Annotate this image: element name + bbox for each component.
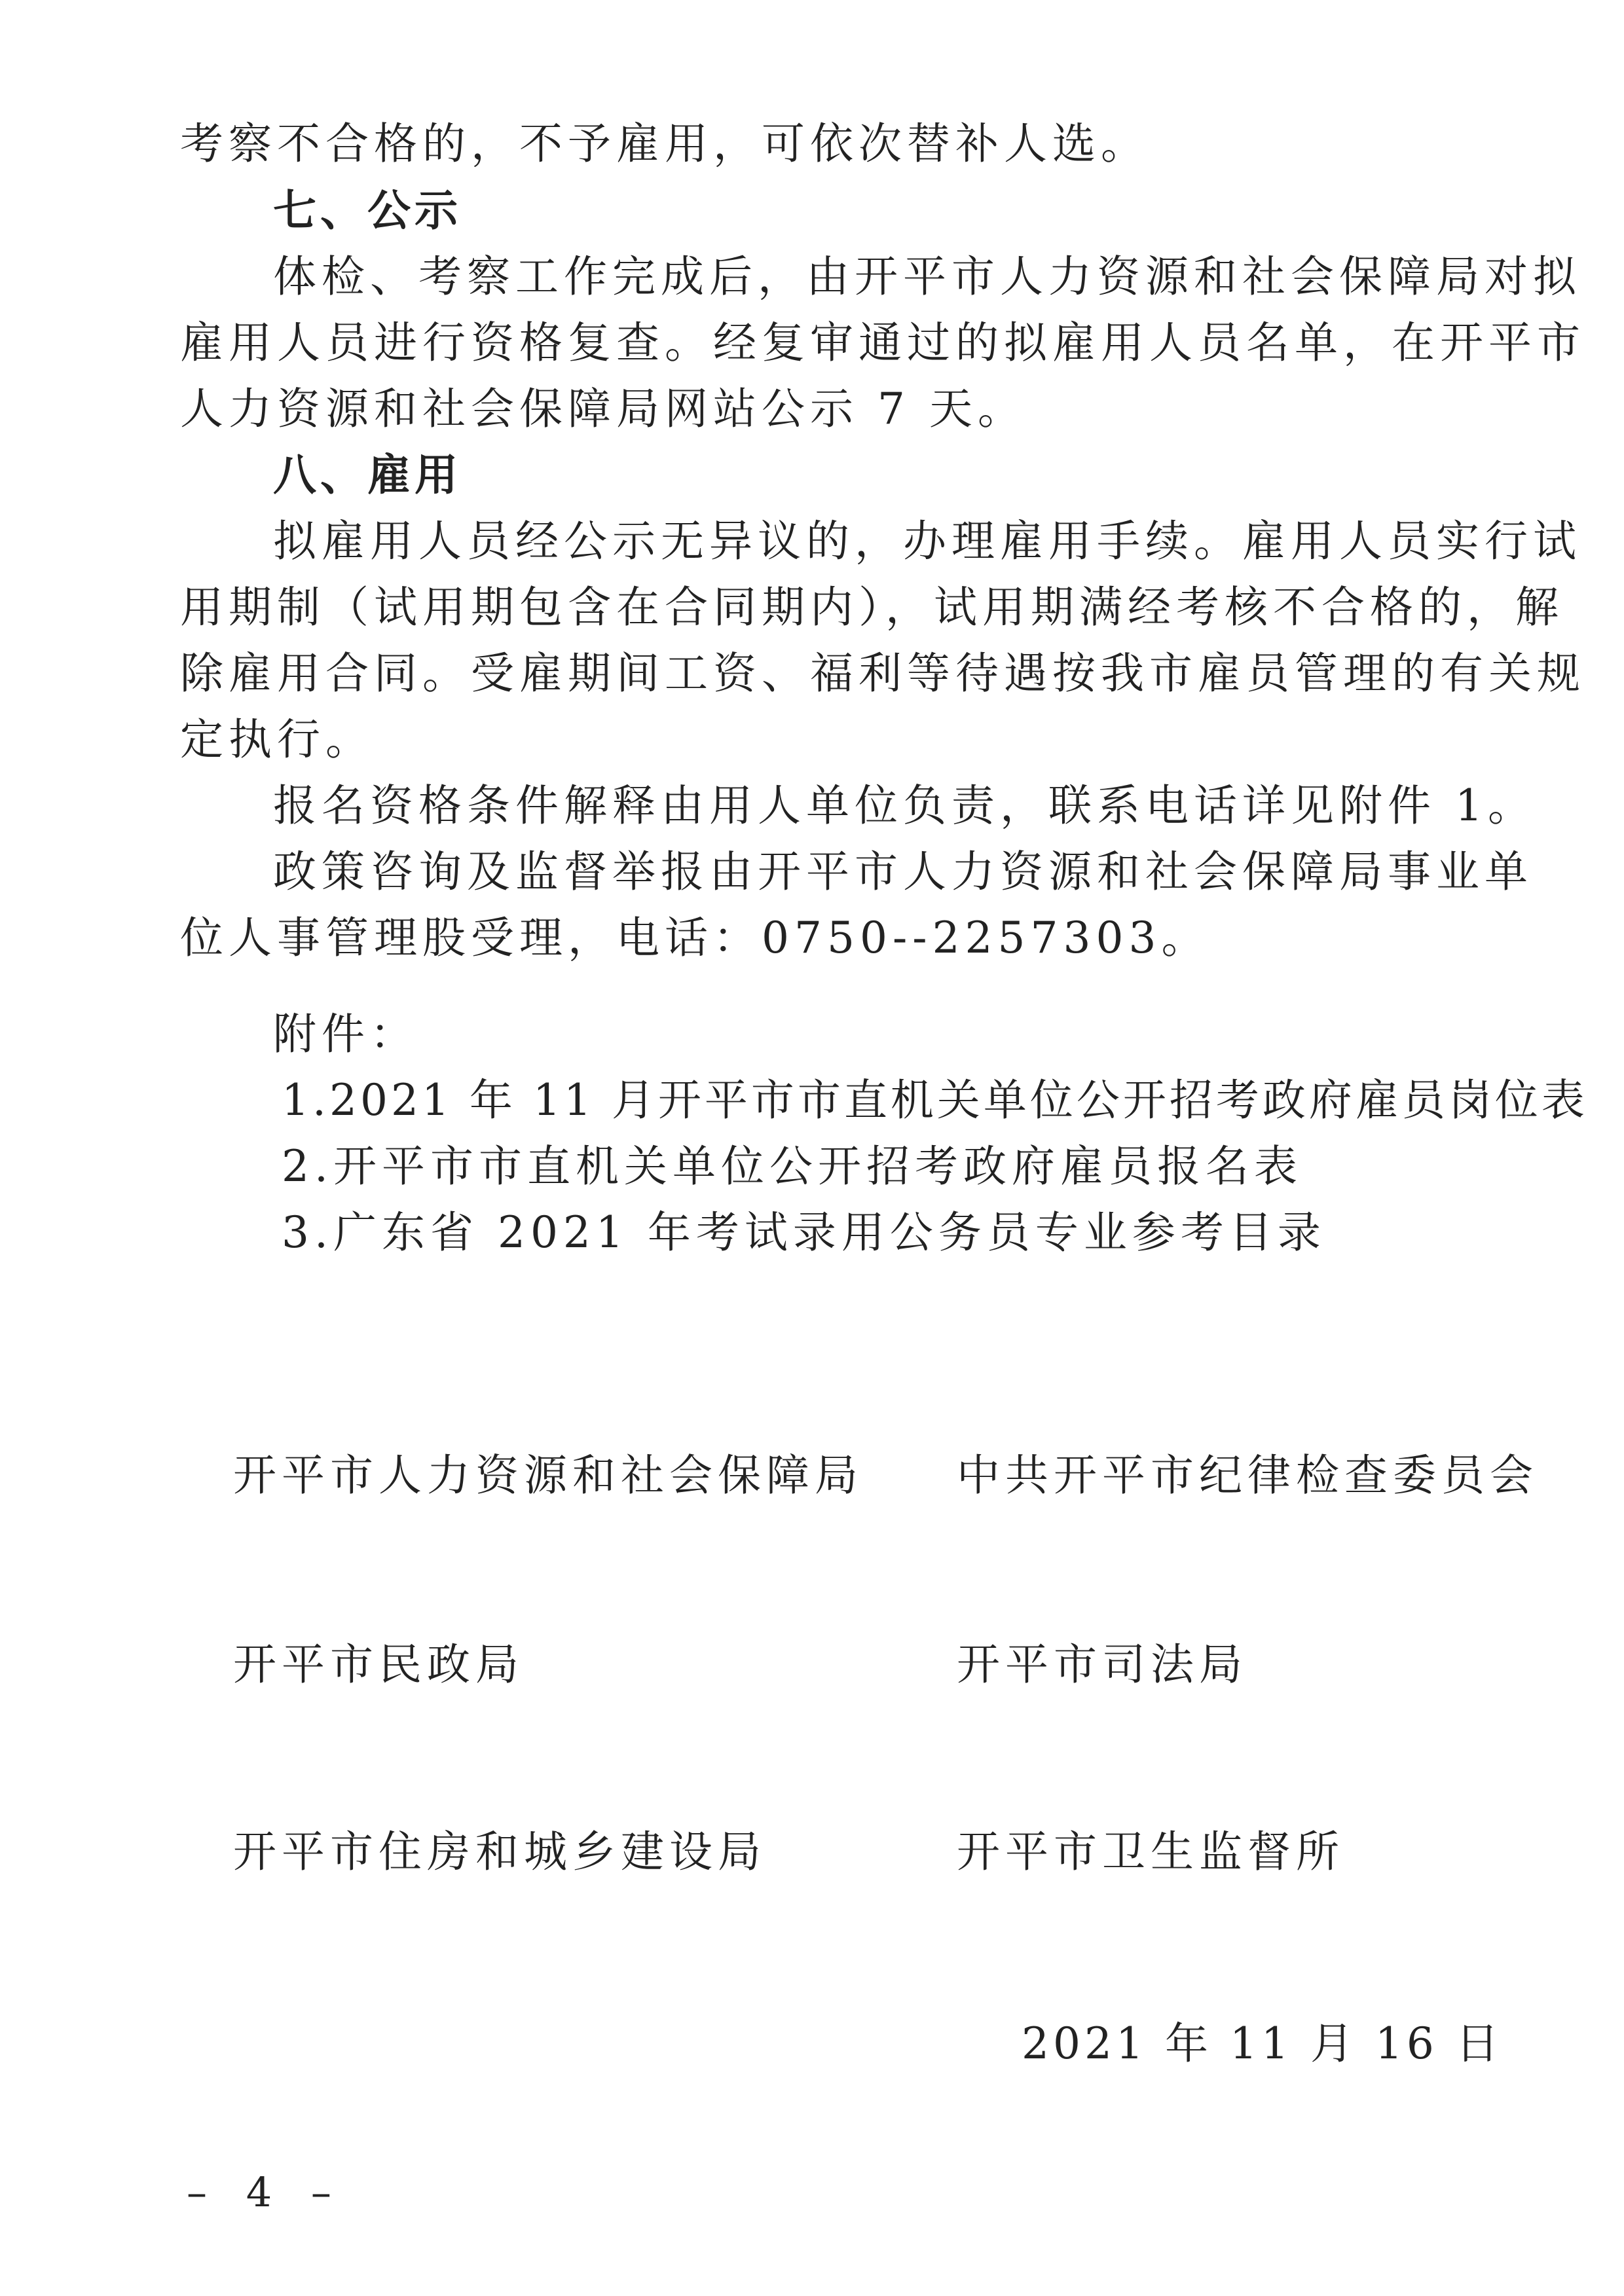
attachment-item: 2.开平市市直机关单位公开招考政府雇员报名表 xyxy=(282,1140,1302,1193)
document-date: 2021 年 11 月 16 日 xyxy=(1022,2018,1503,2070)
signatory: 中共开平市纪律检查委员会 xyxy=(957,1449,1538,1502)
body-line: 人力资源和社会保障局网站公示 7 天。 xyxy=(180,383,1026,435)
body-line: 拟雇用人员经公示无异议的，办理雇用手续。雇用人员实行试 xyxy=(273,515,1581,568)
section-heading-publicity: 七、公示 xyxy=(273,185,462,237)
body-line: 除雇用合同。受雇期间工资、福利等待遇按我市雇员管理的有关规 xyxy=(180,647,1585,700)
signatory: 开平市民政局 xyxy=(233,1639,524,1691)
attachment-item: 1.2021 年 11 月开平市市直机关单位公开招考政府雇员岗位表 xyxy=(282,1074,1588,1127)
section-heading-employment: 八、雇用 xyxy=(273,449,462,501)
signatory: 开平市卫生监督所 xyxy=(957,1826,1344,1878)
body-line: 报名资格条件解释由用人单位负责，联系电话详见附件 1。 xyxy=(273,780,1536,832)
page-number: – 4 – xyxy=(187,2168,344,2216)
signatory: 开平市司法局 xyxy=(957,1639,1247,1691)
body-line: 定执行。 xyxy=(180,714,374,766)
signatory: 开平市住房和城乡建设局 xyxy=(233,1826,766,1878)
body-line: 考察不合格的，不予雇用，可依次替补人选。 xyxy=(180,118,1149,170)
body-line: 位人事管理股受理，电话：0750--2257303。 xyxy=(180,912,1210,964)
attachments-label: 附件： xyxy=(273,1008,418,1061)
signatory: 开平市人力资源和社会保障局 xyxy=(233,1449,863,1502)
body-line: 用期制（试用期包含在合同期内），试用期满经考核不合格的，解 xyxy=(180,581,1564,634)
body-line: 政策咨询及监督举报由开平市人力资源和社会保障局事业单 xyxy=(273,846,1533,898)
body-line: 体检、考察工作完成后，由开平市人力资源和社会保障局对拟 xyxy=(273,251,1581,303)
body-line: 雇用人员进行资格复查。经复审通过的拟雇用人员名单，在开平市 xyxy=(180,317,1585,369)
attachment-item: 3.广东省 2021 年考试录用公务员专业参考目录 xyxy=(282,1207,1326,1259)
